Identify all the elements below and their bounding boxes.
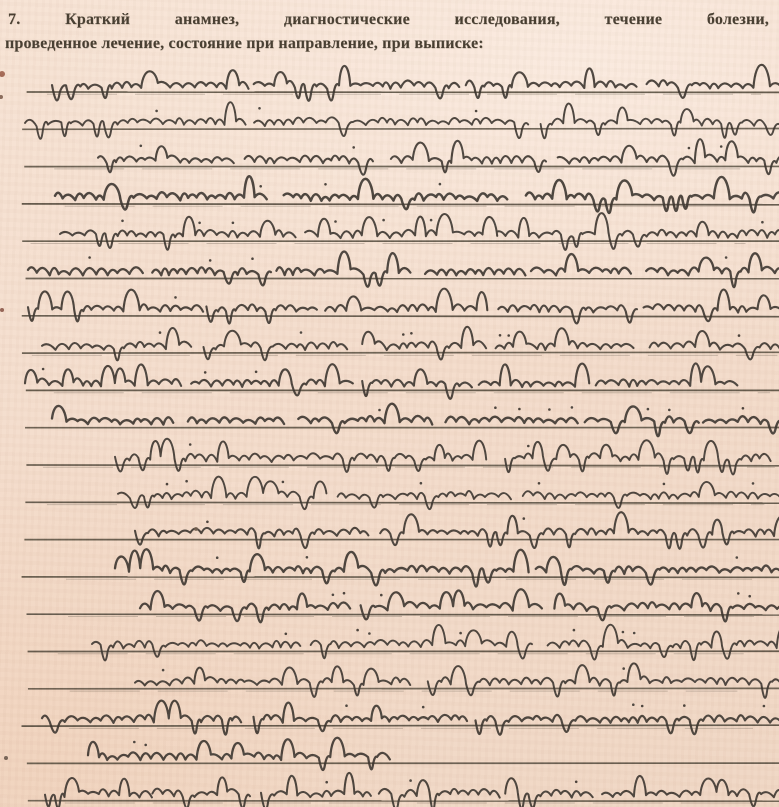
ink-dot — [430, 219, 433, 222]
handwritten-word-stroke — [276, 252, 410, 287]
ink-dot — [439, 183, 442, 186]
ink-dot — [88, 256, 91, 259]
handwritten-word-stroke — [298, 404, 432, 434]
ink-dot — [209, 259, 212, 262]
handwritten-word-stroke — [425, 268, 525, 275]
ink-dot — [159, 331, 162, 334]
ink-dot — [352, 146, 355, 149]
ink-dot — [42, 368, 45, 371]
handwritten-word-stroke — [703, 416, 779, 433]
handwritten-word-stroke — [245, 156, 373, 175]
ink-dot — [204, 371, 207, 374]
ink-dot — [720, 145, 723, 148]
handwritten-word-stroke — [42, 701, 241, 735]
ink-dot — [475, 110, 478, 113]
handwriting-line: интубир. 1,5 ч/м № 2 офент. — [52, 404, 779, 437]
handwritten-word-stroke — [498, 305, 637, 324]
ink-dot — [155, 110, 158, 113]
handwriting-line: показаниям. При интубац. — [25, 102, 779, 139]
handwritten-word-stroke — [554, 593, 779, 621]
handwritten-word-stroke — [52, 406, 173, 425]
handwritten-word-stroke — [338, 491, 511, 509]
ink-dot — [523, 517, 526, 520]
ink-dot — [507, 334, 510, 337]
ink-dot — [725, 256, 728, 259]
ink-dot — [752, 482, 755, 485]
ink-dot — [402, 333, 405, 336]
ink-dot — [742, 407, 745, 410]
ink-dot — [216, 556, 219, 559]
ink-dot — [499, 334, 502, 337]
handwritten-word-stroke — [325, 289, 487, 312]
handwritten-word-stroke — [585, 406, 699, 436]
ink-dot — [633, 632, 636, 635]
ruled-line — [28, 688, 779, 689]
handwritten-word-stroke — [646, 253, 779, 287]
ink-dot — [548, 408, 551, 411]
ink-dot — [133, 741, 136, 744]
handwritten-word-stroke — [188, 417, 284, 424]
handwritten-word-stroke — [466, 68, 637, 98]
ink-dot — [285, 633, 288, 636]
handwritten-word-stroke — [391, 141, 546, 172]
handwriting-line: Ребен. интубир. по экстрен. — [52, 65, 779, 101]
ruled-line — [22, 352, 779, 353]
handwritten-word-stroke — [25, 364, 181, 386]
handwritten-word-stroke — [140, 591, 350, 622]
ink-dot — [736, 556, 739, 559]
handwritten-word-stroke — [629, 516, 779, 549]
handwritten-word-stroke — [152, 267, 271, 285]
handwritten-word-stroke — [362, 369, 472, 399]
ink-dot — [737, 592, 740, 595]
ink-dot — [494, 406, 497, 409]
ink-dot — [258, 107, 261, 110]
scan-speck — [0, 308, 4, 312]
ink-dot — [420, 482, 423, 485]
ink-dot — [325, 781, 328, 784]
handwritten-word-stroke — [362, 327, 486, 360]
handwritten-word-stroke — [596, 363, 738, 386]
handwritten-word-stroke — [479, 364, 589, 387]
ink-dot — [255, 371, 258, 374]
ink-dot — [185, 480, 188, 483]
handwriting-line: проведено вскрытие и ме — [98, 139, 779, 176]
handwritten-word-stroke — [135, 528, 368, 549]
ruled-line — [22, 129, 779, 130]
handwritten-word-stroke — [261, 773, 371, 807]
ink-dot — [144, 744, 147, 747]
handwritten-word-stroke — [531, 254, 631, 275]
handwritten-word-stroke — [496, 328, 634, 350]
ink-dot — [306, 556, 309, 559]
ink-dot — [647, 408, 650, 411]
scan-speck — [194, 527, 198, 531]
handwritten-word-stroke — [541, 104, 779, 139]
ink-dot — [368, 632, 371, 635]
ink-dot — [251, 257, 254, 260]
ink-dot — [232, 222, 235, 225]
handwriting-line: сол. 17.-0,2×1 в/м; Бензилпен. 1/3 — [28, 289, 779, 324]
ruled-line — [27, 614, 779, 615]
ruled-line — [22, 204, 779, 205]
ink-dot — [683, 704, 686, 707]
handwritten-word-stroke — [92, 640, 300, 660]
ink-dot — [622, 631, 625, 634]
ink-dot — [282, 481, 285, 484]
handwritten-word-stroke — [60, 217, 296, 250]
ink-dot — [382, 219, 385, 222]
handwritten-word-stroke — [428, 663, 779, 697]
ink-dot — [538, 482, 541, 485]
ink-dot — [166, 483, 169, 486]
ink-dot — [518, 408, 521, 411]
ink-dot — [571, 406, 574, 409]
ink-dot — [622, 667, 625, 670]
ruled-line — [22, 316, 779, 317]
handwritten-word-stroke — [380, 512, 629, 548]
handwriting-canvas: Ребен. интубир. по экстрен.показаниям. П… — [0, 0, 779, 807]
ink-dot — [663, 483, 666, 486]
handwritten-word-stroke — [558, 139, 779, 176]
handwriting-line: педиатра — [88, 738, 390, 770]
handwriting-line: Гентамицин 7 мг × 2 в/м; № 8 — [28, 252, 779, 288]
handwritten-word-stroke — [254, 117, 528, 138]
ink-dot — [738, 334, 741, 337]
handwritten-word-stroke — [115, 549, 529, 586]
handwriting-line: эпителизации. Выписан — [135, 663, 779, 697]
handwritten-word-stroke — [254, 66, 460, 101]
handwriting-line: нин. аминазина. Получа — [55, 176, 779, 213]
handwriting-line: немен. терапии. Состо — [135, 512, 779, 549]
ink-dot — [162, 669, 165, 672]
handwritten-word-stroke — [505, 440, 770, 474]
ink-dot — [198, 222, 201, 225]
handwriting-line: под наблюдение реб-ка — [42, 701, 779, 735]
ink-dot — [121, 220, 124, 223]
ink-dot — [189, 443, 192, 446]
ink-dot — [174, 296, 177, 299]
ink-dot — [206, 521, 209, 524]
handwritten-word-stroke — [526, 177, 779, 213]
ink-dot — [632, 703, 635, 706]
ink-dot — [459, 632, 462, 635]
ink-dot — [343, 592, 346, 595]
ink-dot — [573, 629, 576, 632]
ink-dot — [668, 409, 671, 412]
ruled-line — [22, 725, 779, 726]
ink-dot — [527, 445, 530, 448]
ink-dot — [324, 183, 327, 186]
handwritten-word-stroke — [446, 417, 578, 425]
ink-dot — [259, 185, 262, 188]
ink-dot — [763, 705, 766, 708]
ink-dot — [380, 594, 383, 597]
ink-dot — [334, 220, 337, 223]
ink-dot — [378, 409, 381, 412]
ink-dot — [761, 221, 764, 224]
ink-dot — [332, 594, 335, 597]
handwritten-word-stroke — [523, 482, 779, 508]
ink-dot — [300, 331, 303, 334]
ruled-line — [28, 800, 779, 801]
handwritten-word-stroke — [206, 304, 317, 323]
ink-dot — [688, 147, 691, 150]
handwritten-word-stroke — [536, 557, 779, 585]
ink-dot — [409, 779, 412, 782]
ruled-line — [22, 576, 779, 577]
ink-dot — [575, 781, 578, 784]
handwritten-word-stroke — [28, 267, 143, 275]
ink-dot — [140, 145, 143, 148]
ink-dot — [410, 332, 413, 335]
handwritten-word-stroke — [52, 70, 249, 100]
handwritten-word-stroke — [497, 213, 779, 250]
ink-dot — [641, 705, 644, 708]
ink-dot — [356, 629, 359, 632]
handwritten-word-stroke — [118, 477, 326, 510]
scan-speck — [4, 756, 8, 760]
handwriting-line: чал: лечен. цефалоспери — [60, 213, 779, 250]
scan-speck — [0, 95, 3, 99]
ink-dot — [748, 595, 751, 598]
scan-speck — [0, 71, 5, 77]
handwriting-line: борьба из-за интуб. Инт. — [25, 363, 737, 398]
handwritten-word-stroke — [135, 666, 410, 696]
handwritten-word-stroke — [98, 146, 234, 172]
ink-dot — [422, 706, 425, 709]
handwritten-word-stroke — [548, 625, 779, 660]
handwriting-line: стоян. ребенка удовл. — [140, 589, 779, 622]
ink-dot — [345, 704, 348, 707]
handwriting-line: проведенного леч.- со — [115, 549, 779, 586]
scanned-medical-form-page: 7. Краткий анамнез, диагностические иссл… — [0, 0, 779, 807]
handwritten-word-stroke — [25, 102, 246, 139]
handwriting-line: переливания глюкозо- — [115, 439, 771, 475]
handwritten-word-stroke — [305, 214, 497, 238]
handwriting-line: творит. Ранка в стади — [92, 625, 779, 661]
